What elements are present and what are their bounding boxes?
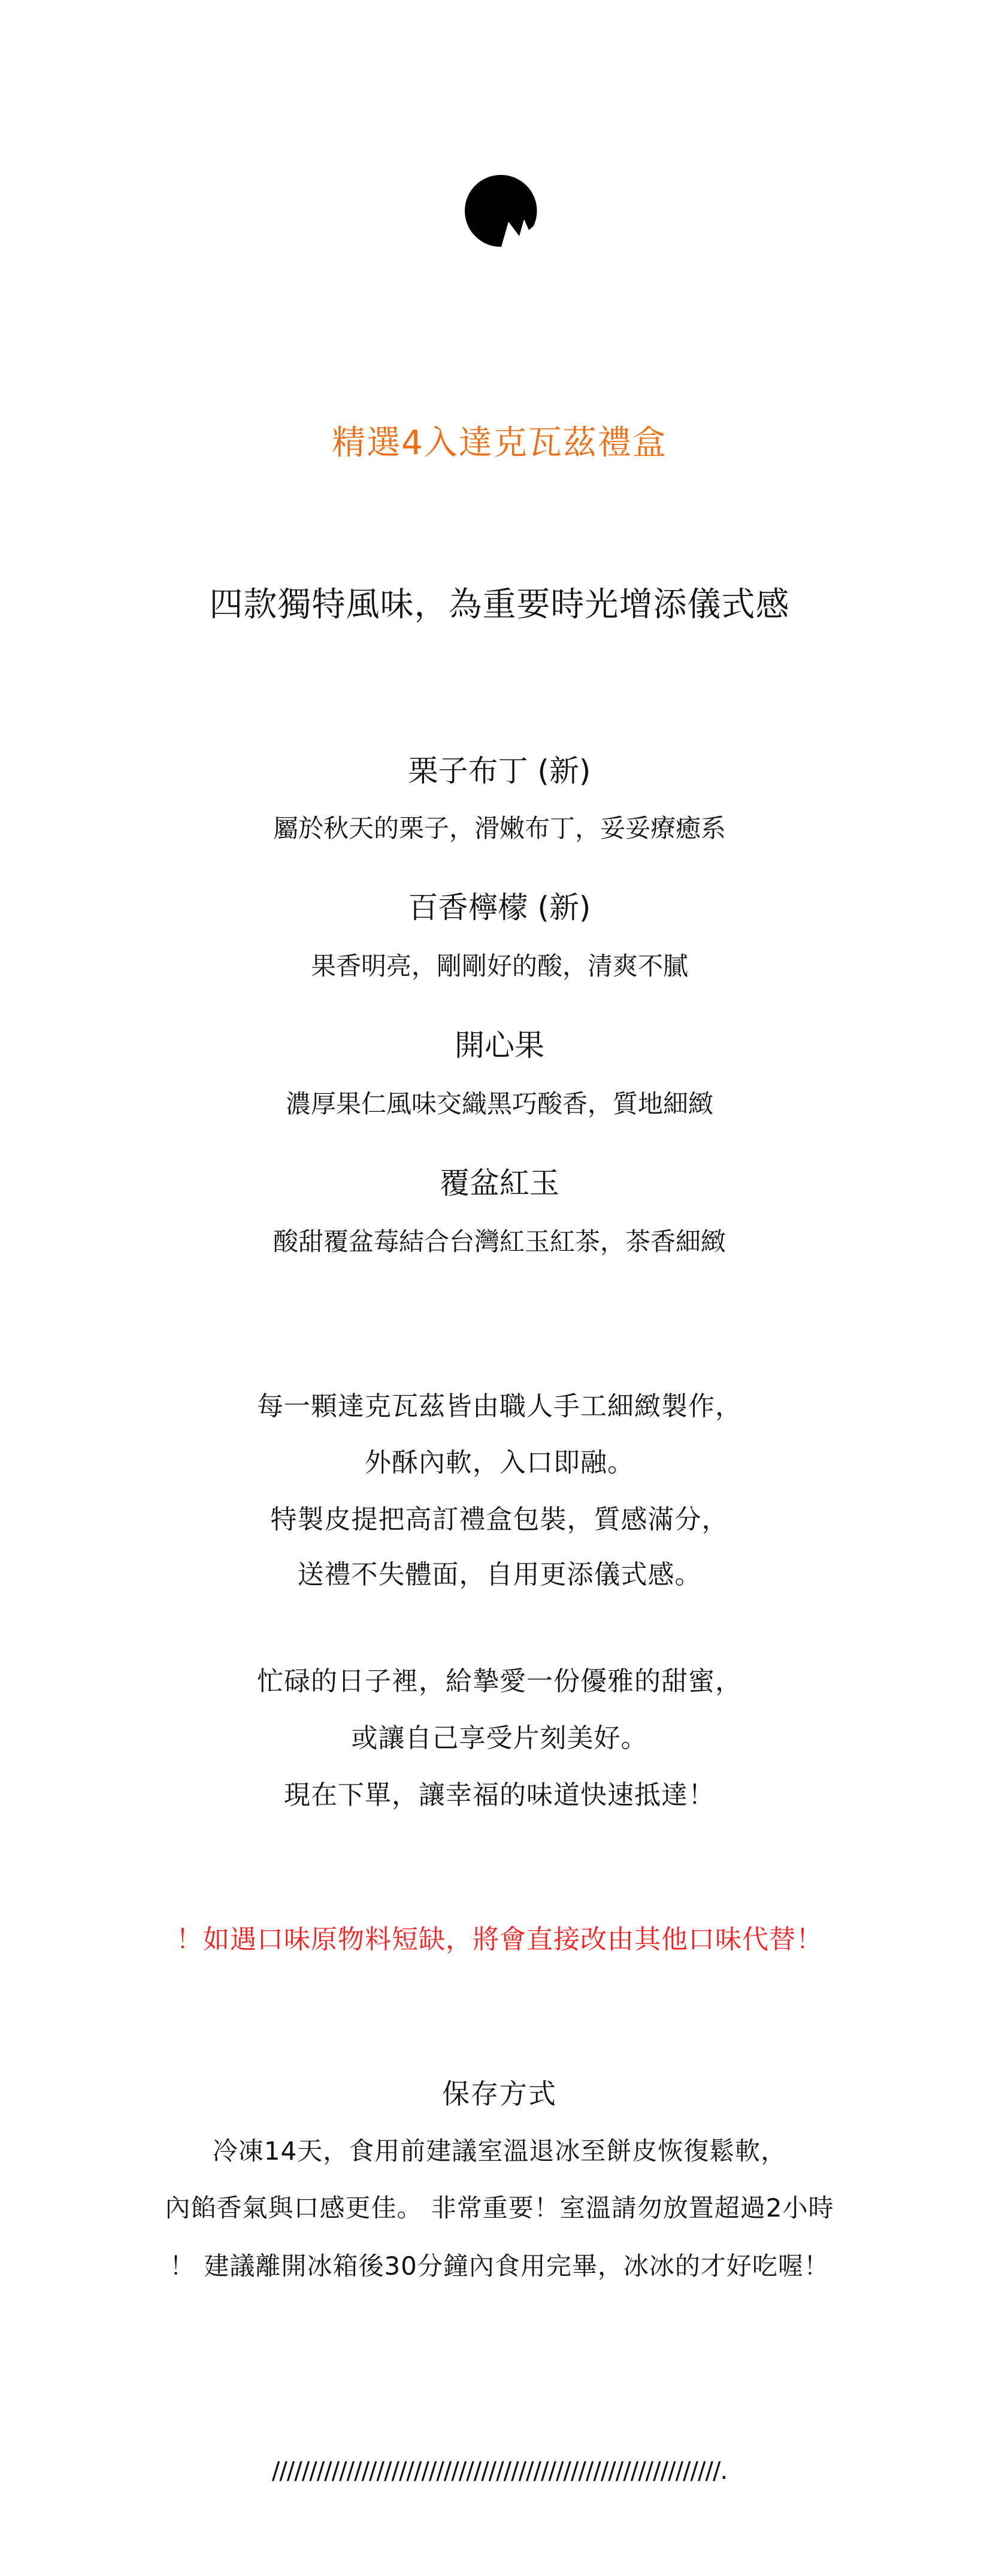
storage-line: 內餡香氣與口感更佳。 非常重要！室溫請勿放置超過2小時 <box>0 2196 999 2221</box>
closing-line: 現在下單，讓幸福的味道快速抵達！ <box>0 1782 999 1809</box>
storage-title: 保存方式 <box>0 2080 999 2108</box>
flavor-description: 酸甜覆盆莓結合台灣紅玉紅茶，茶香細緻 <box>0 1229 999 1254</box>
storage-line: 冷凍14天，食用前建議室溫退冰至餅皮恢復鬆軟， <box>0 2139 999 2164</box>
intro-line: 特製皮提把高訂禮盒包裝，質感滿分， <box>0 1507 999 1533</box>
flavor-name: 覆盆紅玉 <box>0 1168 999 1198</box>
intro-line: 送禮不失體面，自用更添儀式感。 <box>0 1562 999 1588</box>
intro-line: 外酥內軟，入口即融。 <box>0 1450 999 1476</box>
brand-logo-icon <box>463 174 537 248</box>
flavor-description: 果香明亮，剛剛好的酸，清爽不膩 <box>0 954 999 979</box>
closing-line: 忙碌的日子裡，給摯愛一份優雅的甜蜜， <box>0 1668 999 1695</box>
bitten-circle-icon <box>463 174 537 248</box>
shortage-notice: ！如遇口味原物料短缺，將會直接改由其他口味代替！ <box>0 1927 999 1953</box>
storage-line: ！ 建議離開冰箱後30分鐘內食用完畢，冰冰的才好吃喔！ <box>0 2254 999 2279</box>
footer-divider: ////////////////////////////////////////… <box>0 2459 999 2483</box>
flavor-description: 濃厚果仁風味交織黑巧酸香，質地細緻 <box>0 1092 999 1117</box>
flavor-name: 百香檸檬 (新) <box>0 893 999 923</box>
flavor-name: 開心果 <box>0 1030 999 1060</box>
closing-line: 或讓自己享受片刻美好。 <box>0 1725 999 1752</box>
intro-line: 每一顆達克瓦茲皆由職人手工細緻製作， <box>0 1393 999 1420</box>
page-title: 精選4入達克瓦茲禮盒 <box>0 427 999 460</box>
page-subtitle: 四款獨特風味，為重要時光增添儀式感 <box>0 588 999 622</box>
flavor-name: 栗子布丁 (新) <box>0 756 999 786</box>
flavor-description: 屬於秋天的栗子，滑嫩布丁，妥妥療癒系 <box>0 816 999 841</box>
